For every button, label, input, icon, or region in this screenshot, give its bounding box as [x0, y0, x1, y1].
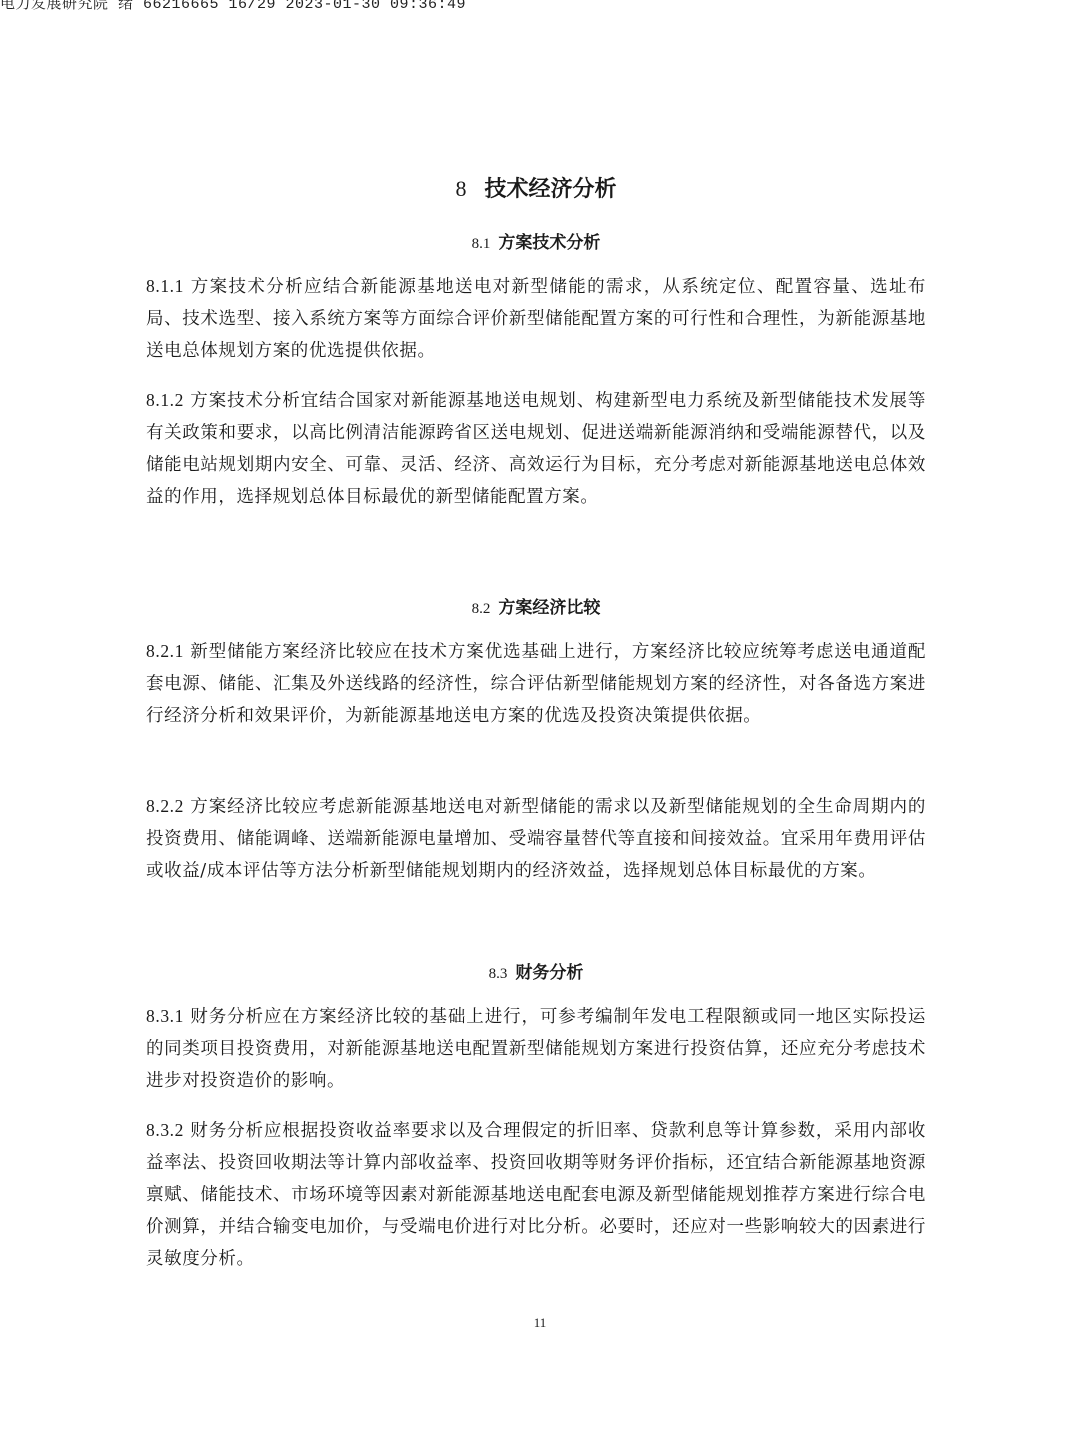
section-title-8-2: 8.2方案经济比较 [146, 593, 926, 618]
chapter-title: 8技术经济分析 [146, 172, 926, 203]
page-number: 11 [0, 1315, 1080, 1331]
clause-8-3-2: 8.3.2财务分析应根据投资收益率要求以及合理假定的折旧率、贷款利息等计算参数，… [146, 1114, 926, 1275]
chapter-title-text: 技术经济分析 [484, 177, 616, 202]
clause-8-2-1: 8.2.1新型储能方案经济比较应在技术方案优选基础上进行，方案经济比较应统筹考虑… [146, 635, 926, 732]
clause-8-2-2: 8.2.2方案经济比较应考虑新能源基地送电对新型储能的需求以及新型储能规划的全生… [146, 790, 926, 887]
section-title-8-1: 8.1方案技术分析 [146, 228, 926, 253]
chapter-number: 8 [455, 176, 466, 201]
clause-8-1-2: 8.1.2方案技术分析宜结合国家对新能源基地送电规划、构建新型电力系统及新型储能… [146, 384, 926, 513]
clause-8-1-1: 8.1.1方案技术分析应结合新能源基地送电对新型储能的需求，从系统定位、配置容量… [146, 270, 926, 367]
clause-8-3-1: 8.3.1财务分析应在方案经济比较的基础上进行，可参考编制年发电工程限额或同一地… [146, 1000, 926, 1097]
document-stamp: 电力发展研究院 绪 66216665 16/29 2023-01-30 09:3… [0, 0, 466, 13]
section-title-8-3: 8.3财务分析 [146, 958, 926, 983]
